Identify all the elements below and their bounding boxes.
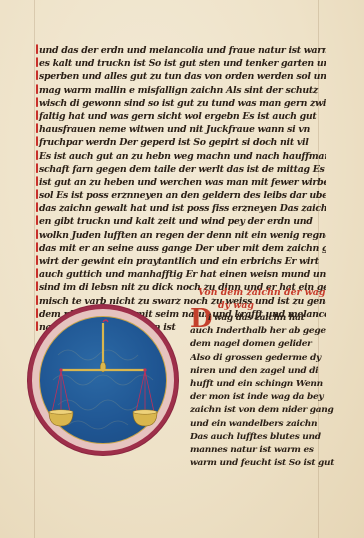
text-line-content: dem nagel domen gelider [190, 340, 312, 350]
balance-scale-icon [28, 305, 178, 455]
rubric-mark [36, 163, 38, 173]
rubric-mark [36, 97, 38, 107]
text-line: warm und feucht ist So ist gut [190, 457, 335, 470]
rubric-mark [36, 189, 38, 199]
rubric-mark [36, 216, 38, 226]
text-line: es kalt und truckn ist So ist gut sten u… [36, 58, 326, 71]
rubric-mark [36, 84, 38, 94]
text-line: zaichn ist von dem nider gang [190, 405, 335, 418]
rubric-mark [36, 229, 38, 239]
text-line: Das auch lufftes blutes und [190, 431, 335, 444]
text-line: das zaichn gewalt hat und ist poss fiss … [36, 203, 326, 216]
text-line: der mon ist inde wag da bey [190, 391, 335, 404]
text-line: wolkn Juden lufften an regen der denn ni… [36, 229, 326, 242]
text-line-content: und das der erdn und melancolia und frau… [39, 45, 326, 55]
text-line-content: wolkn Juden lufften an regen der denn ni… [39, 230, 326, 240]
rubric-mark [36, 203, 38, 213]
text-line-content: mag warm mallin e misfallign zaichn Als … [39, 85, 318, 95]
text-line: sperben und alles gut zu tun das von ord… [36, 71, 326, 84]
text-line: faltig hat und was gern sicht wol ergebn… [36, 110, 326, 123]
text-line-content: wisch di gewonn sind so ist gut zu tund … [39, 98, 326, 108]
rubric-mark [36, 58, 38, 68]
text-line: wisch di gewonn sind so ist gut zu tund … [36, 97, 326, 110]
text-line-content: Es ist auch gut an zu hebn weg machn und… [39, 151, 326, 161]
text-line-content: hausfrauen neme witwen und nit Juckfraue… [39, 124, 310, 134]
text-line-content: auch Inderthalb her ab gege [190, 326, 326, 336]
text-line-content: der mon ist inde wag da bey [190, 392, 323, 402]
side-text-block: i wag das zaichn hatauch Inderthalb her … [190, 312, 335, 470]
text-line-content: warm und feucht ist So ist gut [190, 458, 334, 468]
text-line: und ein wandelbers zaichn [190, 418, 335, 431]
rubric-mark [36, 44, 38, 54]
rubric-mark [36, 295, 38, 305]
text-line: auch Inderthalb her ab gege [190, 326, 335, 339]
text-line: fruchpar werdn Der geperd ist So gepirt … [36, 137, 326, 150]
text-line-content: fruchpar werdn Der geperd ist So gepirt … [39, 138, 308, 148]
rubric-mark [36, 150, 38, 160]
text-line: Es ist auch gut an zu hebn weg machn und… [36, 150, 326, 163]
heading-line-1: Von dem zaichn der wag [198, 286, 328, 299]
text-line-content: i wag das zaichn hat [208, 313, 304, 323]
rubric-mark [36, 282, 38, 292]
text-line-content: ist gut an zu heben und werchen was man … [39, 177, 326, 187]
text-line: auch guttich und manhafftig Er hat einen… [36, 269, 326, 282]
text-line-content: das zaichn gewalt hat und ist poss fiss … [39, 204, 326, 214]
text-line-content: hufft und ein schingn Wenn [190, 379, 323, 389]
left-margin-ruling [34, 0, 35, 538]
rubric-mark [36, 137, 38, 147]
text-line: das mit er an seine auss gange Der uber … [36, 242, 326, 255]
text-line: mag warm mallin e misfallign zaichn Als … [36, 84, 326, 97]
text-line-content: schaft farn gegen dem taile der werlt da… [39, 164, 325, 174]
text-line: mannes natur ist warm es [190, 444, 335, 457]
text-line: Also di grossen gederme dy [190, 352, 335, 365]
rubric-mark [36, 123, 38, 132]
text-line: hufft und ein schingn Wenn [190, 378, 335, 391]
text-line-content: mannes natur ist warm es [190, 445, 314, 455]
text-line: schaft farn gegen dem taile der werlt da… [36, 163, 326, 176]
text-line-content: Das auch lufftes blutes und [190, 432, 321, 442]
text-line-content: sperben und alles gut zu tun das von ord… [39, 72, 326, 82]
text-line: und das der erdn und melancolia und frau… [36, 44, 326, 57]
heading-line-2: dy wag [198, 299, 328, 312]
text-line: ist gut an zu heben und werchen was man … [36, 176, 326, 189]
text-line: en gibt truckn und kalt zeit und wind pe… [36, 216, 326, 229]
text-line-content: auch guttich und manhafftig Er hat einen… [39, 269, 326, 279]
libra-medallion [28, 305, 178, 455]
text-line-content: das mit er an seine auss gange Der uber … [39, 243, 326, 253]
manuscript-page: und das der erdn und melancolia und frau… [0, 0, 364, 538]
text-line: dem nagel domen gelider [190, 339, 335, 352]
text-line-content: und ein wandelbers zaichn [190, 419, 317, 429]
rubric-mark [36, 242, 38, 252]
text-line: sol Es ist poss erznneyen an den geldern… [36, 189, 326, 202]
rubric-mark [36, 71, 38, 81]
rubric-mark [36, 269, 38, 279]
text-line-content: niren und den zagel und di [190, 366, 318, 376]
rubric-mark [36, 176, 38, 186]
text-line: hausfrauen neme witwen und nit Juckfraue… [36, 123, 326, 136]
text-line-content: es kalt und truckn ist So ist gut sten u… [39, 58, 326, 68]
text-line: i wag das zaichn hat [190, 312, 335, 325]
text-line: wirt der gewint ein praytantlich und ein… [36, 255, 326, 268]
rubric-mark [36, 110, 38, 120]
text-line-content: zaichn ist von dem nider gang [190, 406, 334, 416]
text-line-content: faltig hat und was gern sicht wol ergebn… [39, 111, 316, 121]
text-line-content: Also di grossen gederme dy [190, 353, 321, 363]
text-line-content: sol Es ist poss erznneyen an den geldern… [39, 190, 326, 200]
text-line: niren und den zagel und di [190, 365, 335, 378]
text-line-content: wirt der gewint ein praytantlich und ein… [39, 256, 319, 266]
rubric-heading: Von dem zaichn der wag dy wag [198, 286, 328, 312]
rubric-mark [36, 255, 38, 265]
text-line-content: en gibt truckn und kalt zeit und wind pe… [39, 217, 313, 227]
